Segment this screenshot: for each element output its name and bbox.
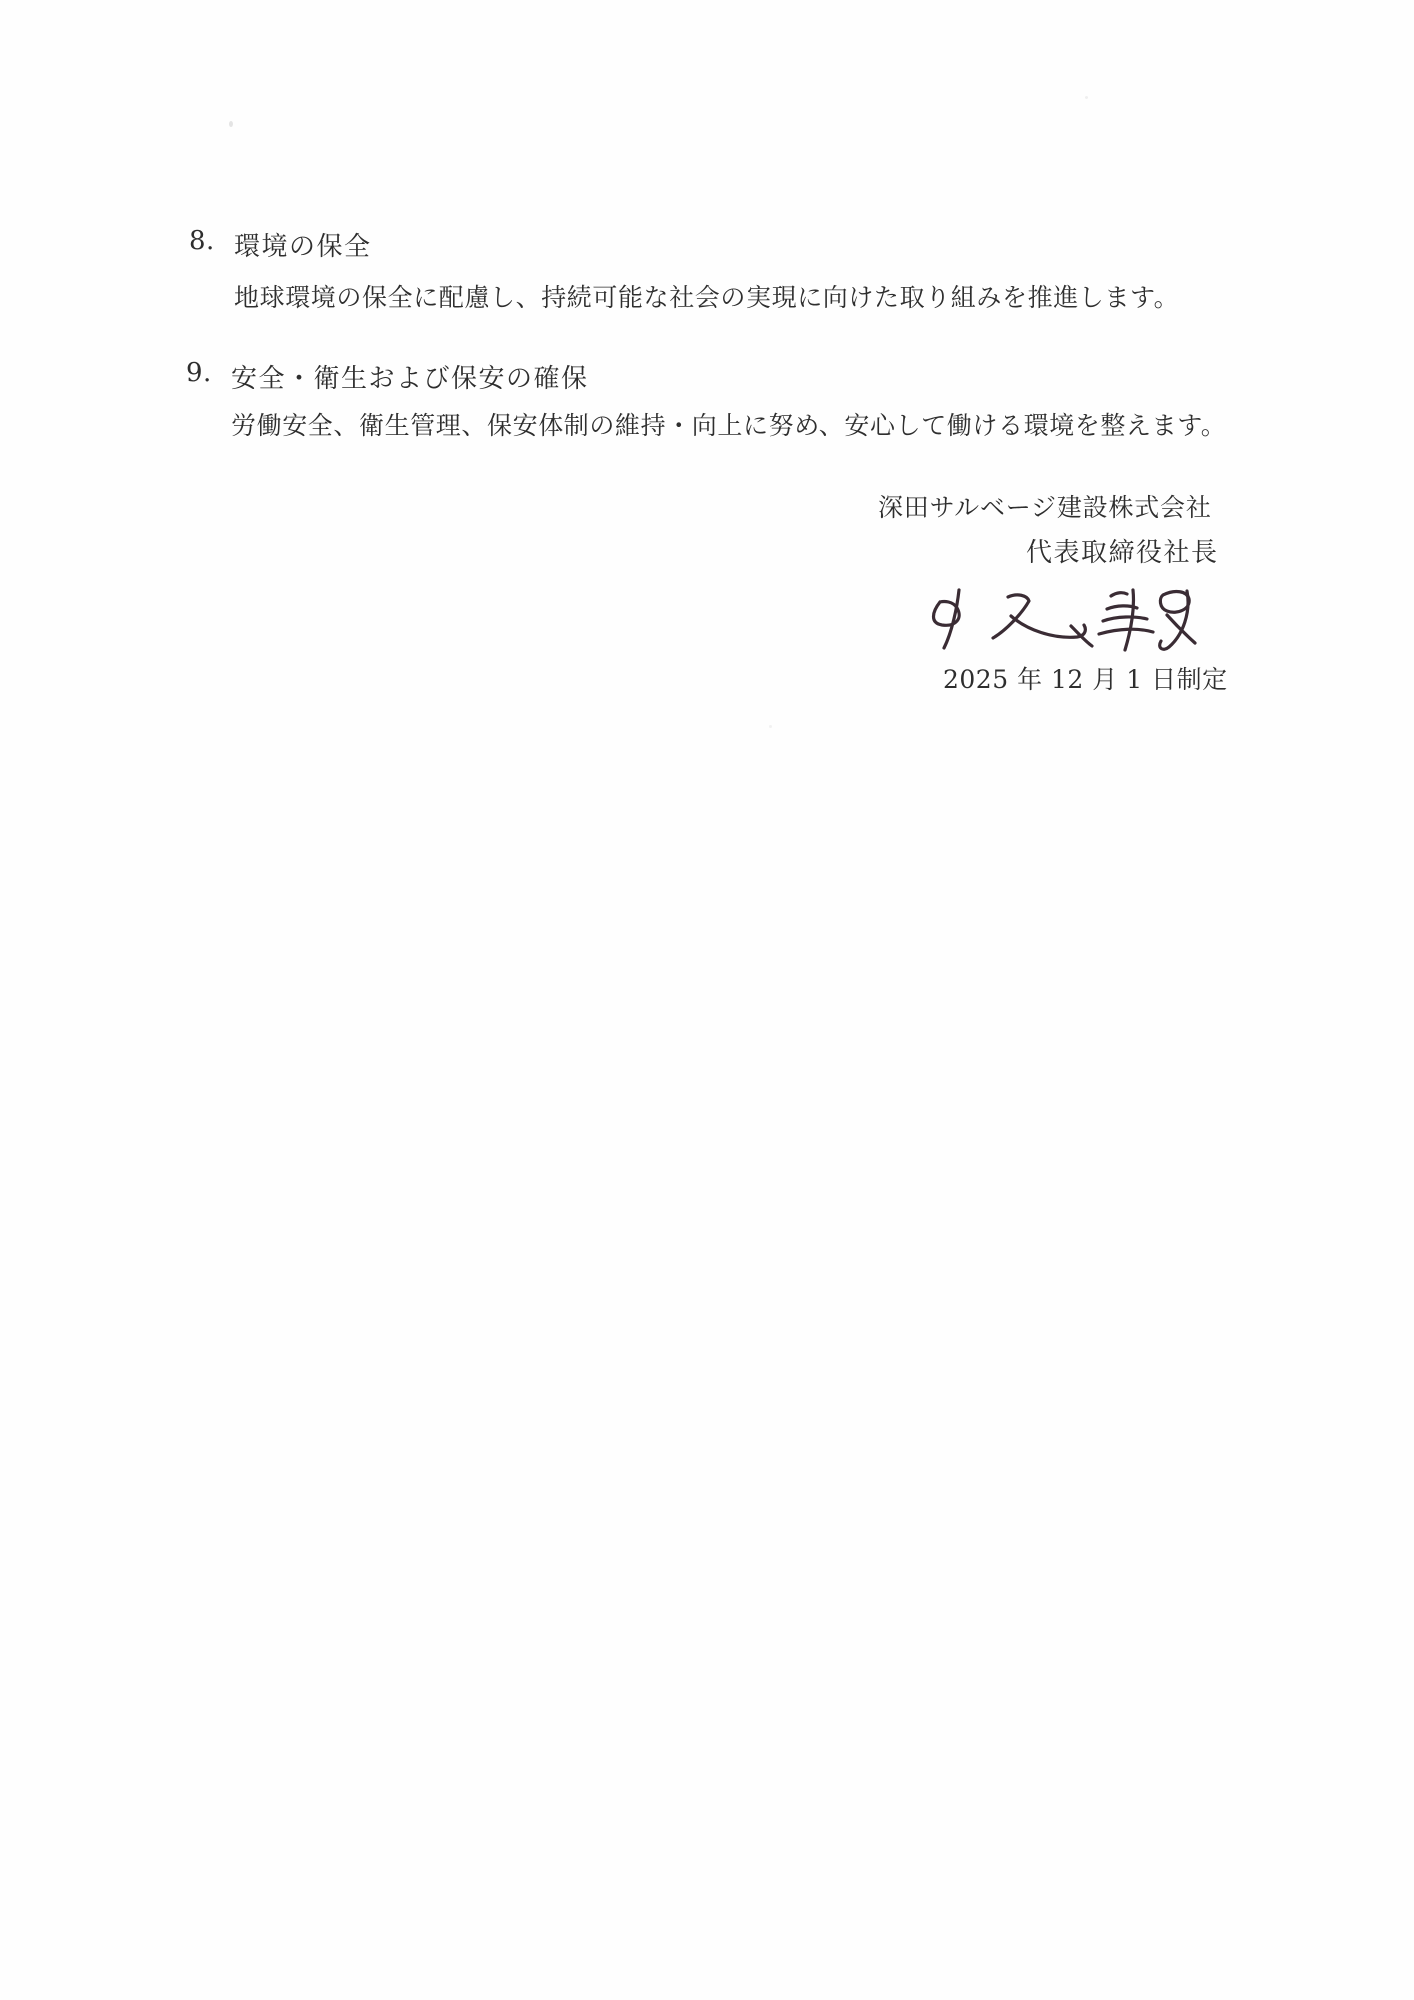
scan-speck — [229, 121, 233, 127]
list-item-9-number: 9. — [186, 358, 212, 388]
scanned-document-page: 8. 環境の保全 地球環境の保全に配慮し、持続可能な社会の実現に向けた取り組みを… — [0, 0, 1414, 2000]
signature-ink-icon — [915, 582, 1200, 660]
list-item-9-title: 安全・衛生および保安の確保 — [231, 358, 589, 395]
enactment-date: 2025 年 12 月 1 日制定 — [943, 660, 1228, 696]
representative-title: 代表取締役社長 — [1026, 532, 1219, 569]
scan-speck — [769, 725, 772, 728]
list-item-9-body: 労働安全、衛生管理、保安体制の維持・向上に努め、安心して働ける環境を整えます。 — [231, 406, 1226, 442]
list-item-8-number: 8. — [189, 226, 215, 256]
list-item-8-title: 環境の保全 — [234, 226, 372, 263]
handwritten-signature — [915, 582, 1200, 660]
company-name: 深田サルベージ建設株式会社 — [878, 488, 1212, 524]
scan-speck — [1085, 96, 1088, 99]
list-item-8-body: 地球環境の保全に配慮し、持続可能な社会の実現に向けた取り組みを推進します。 — [234, 278, 1179, 314]
